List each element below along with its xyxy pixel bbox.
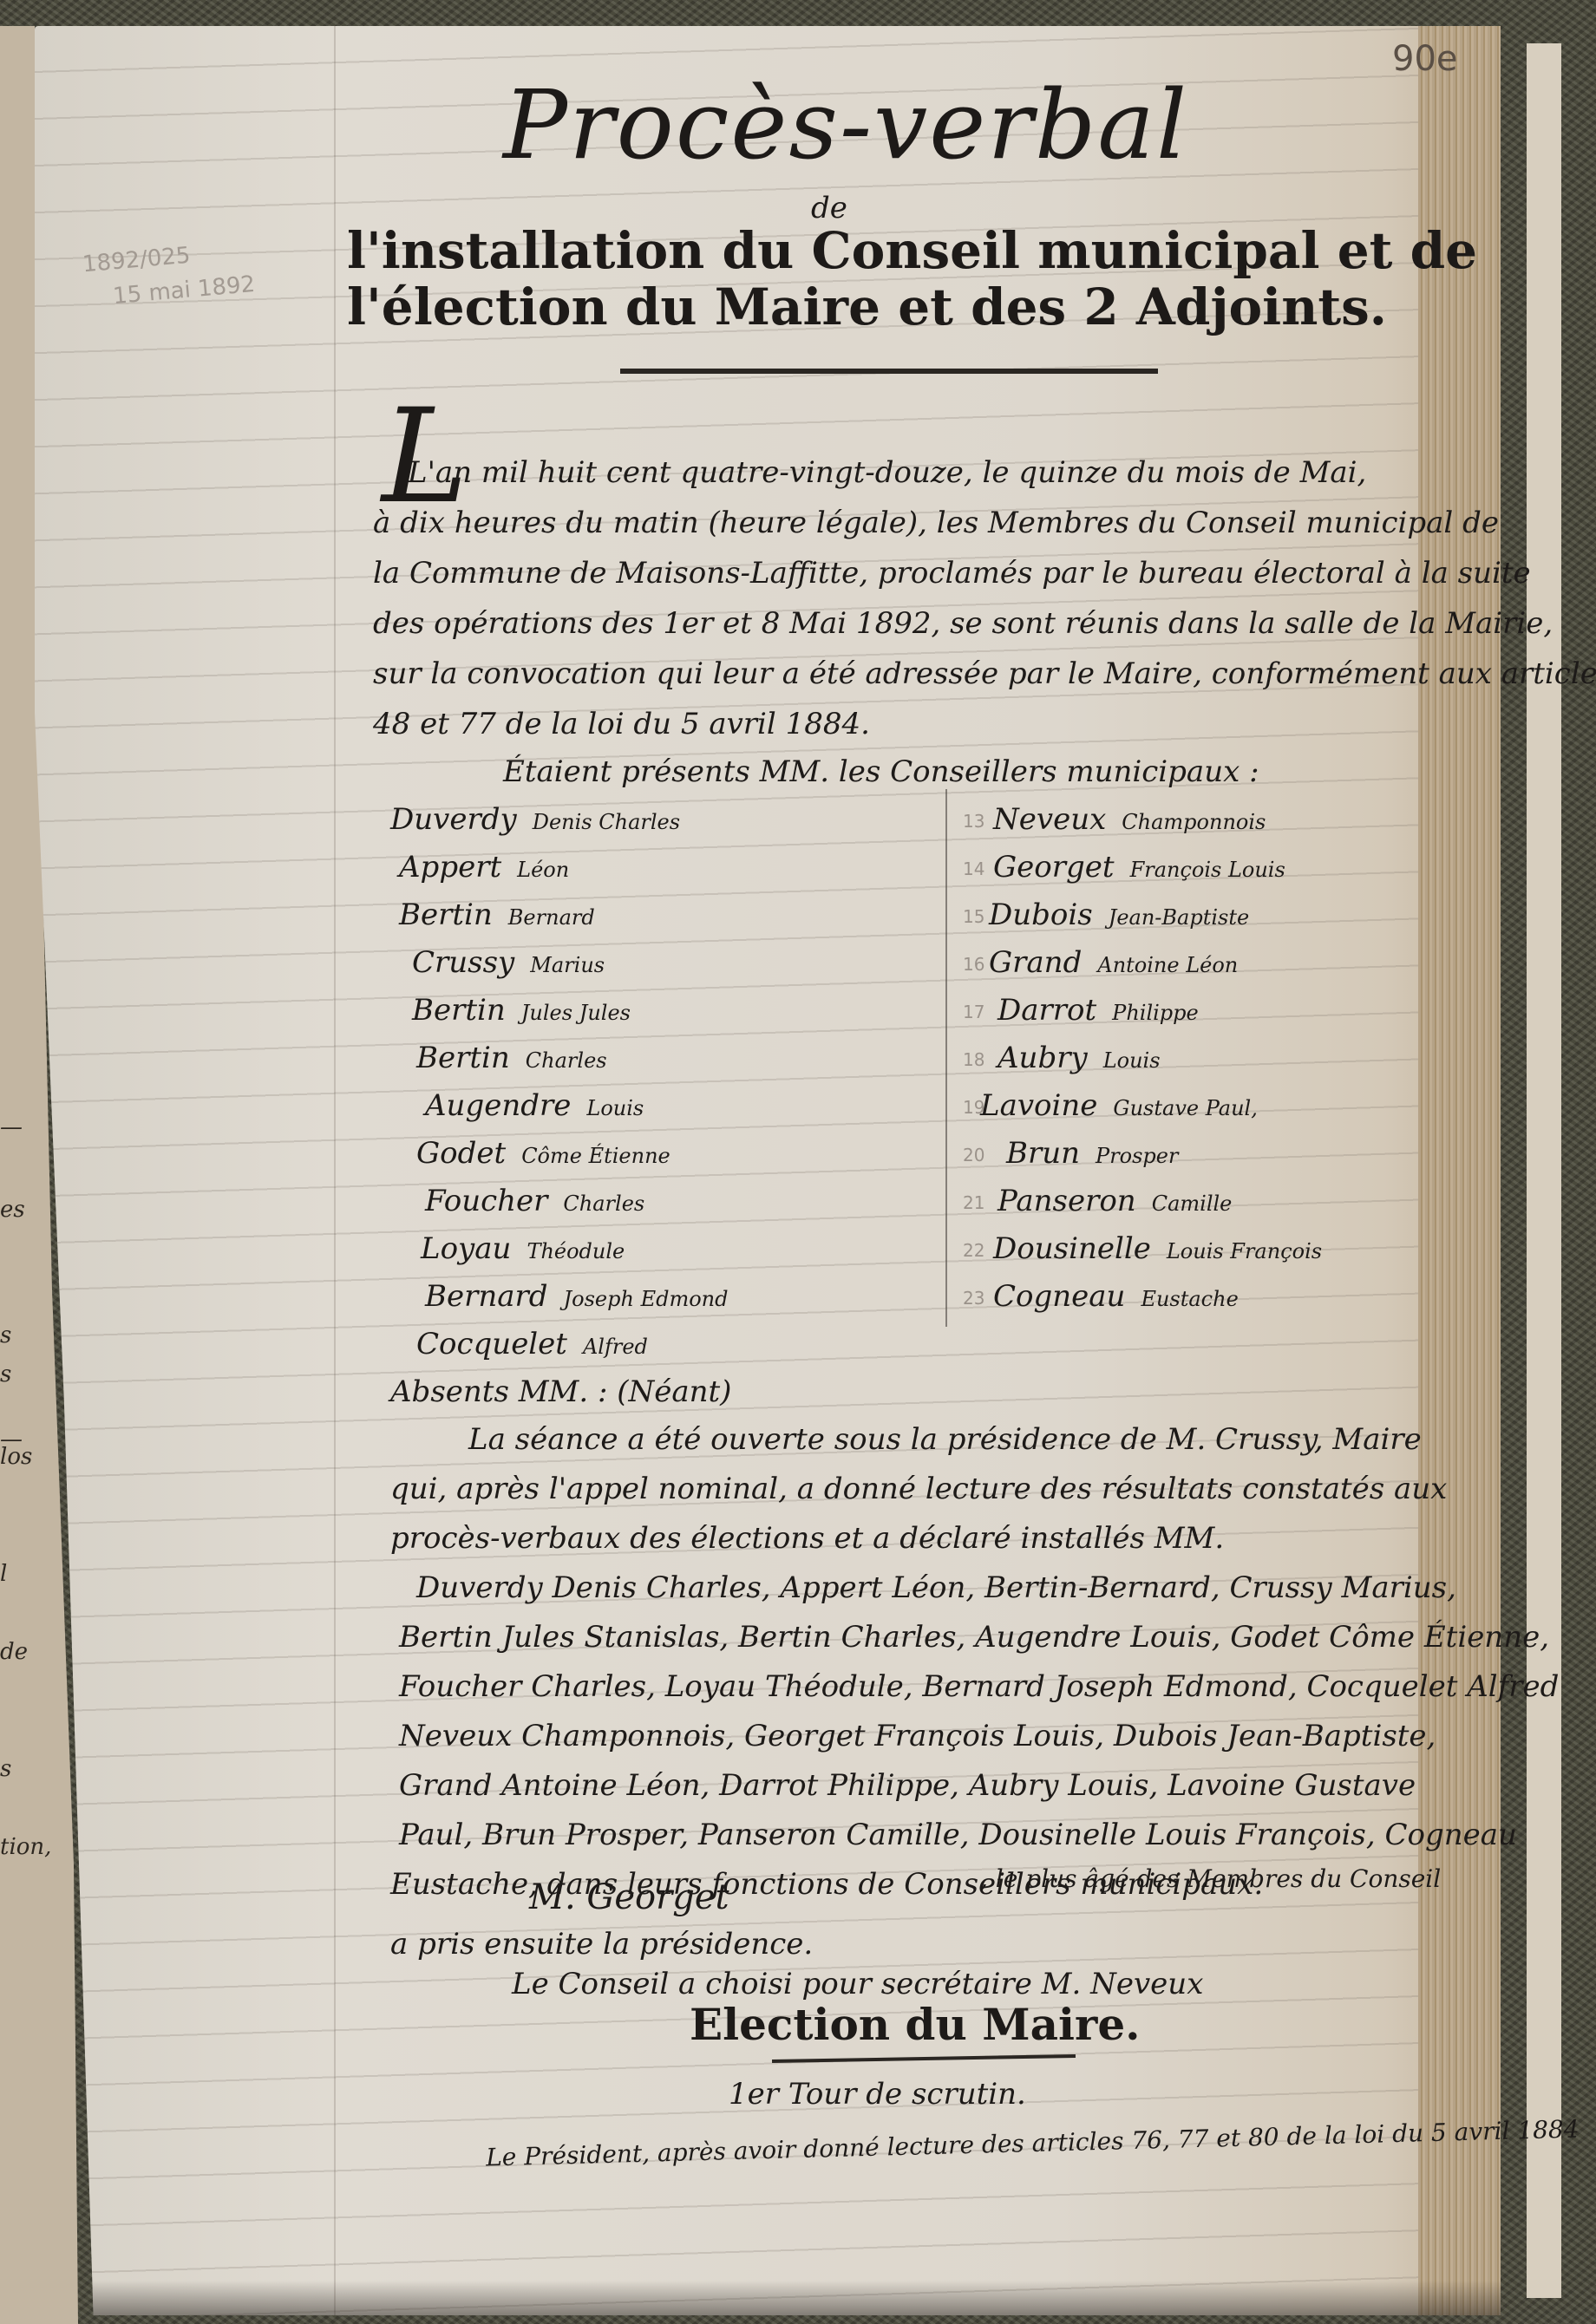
eldest-member-action: a pris ensuite la présidence. xyxy=(390,1927,813,1962)
councillor-entry: DuverdyDenis Charles xyxy=(390,802,680,837)
column-divider xyxy=(945,789,947,1327)
councillor-entry: GeorgetFrançois Louis xyxy=(993,850,1285,885)
councillor-entry: LavoineGustave Paul, xyxy=(980,1088,1258,1123)
councillor-entry: BernardJoseph Edmond xyxy=(425,1279,729,1314)
session-line: procès-verbaux des élections et a déclar… xyxy=(390,1521,1224,1556)
round-heading: 1er Tour de scrutin. xyxy=(729,2077,1026,2112)
session-line: Duverdy Denis Charles, Appert Léon, Bert… xyxy=(416,1570,1456,1605)
entry-index: 17 xyxy=(963,1002,984,1022)
councillor-entry: LoyauThéodule xyxy=(421,1231,625,1266)
session-line: La séance a été ouverte sous la présiden… xyxy=(468,1422,1422,1457)
title-connector: de xyxy=(811,191,847,225)
session-line: qui, après l'appel nominal, a donné lect… xyxy=(390,1472,1447,1506)
councillor-entry: DousinelleLouis François xyxy=(993,1231,1322,1266)
opening-line: des opérations des 1er et 8 Mai 1892, se… xyxy=(373,606,1553,641)
eldest-member-clause: , le plus âgé des Membres du Conseil xyxy=(980,1864,1441,1893)
opening-line: sur la convocation qui leur a été adress… xyxy=(373,656,1596,691)
councillor-entry: BertinJules Jules xyxy=(412,993,631,1028)
session-line: Grand Antoine Léon, Darrot Philippe, Aub… xyxy=(399,1768,1416,1803)
councillor-entry: CocqueletAlfred xyxy=(416,1327,648,1361)
prev-page-fragment: los xyxy=(0,1444,32,1470)
entry-index: 23 xyxy=(963,1288,984,1309)
councillor-entry: AppertLéon xyxy=(399,850,569,885)
prev-page-fragment: s xyxy=(0,1361,11,1387)
prev-page-fragment: s xyxy=(0,1756,11,1782)
session-line: Neveux Champonnois, Georget François Lou… xyxy=(399,1719,1436,1753)
absent-line: Absents MM. : (Néant) xyxy=(390,1374,731,1409)
page-number: 90e xyxy=(1392,39,1458,79)
session-line: Bertin Jules Stanislas, Bertin Charles, … xyxy=(399,1620,1549,1655)
councillor-entry: FoucherCharles xyxy=(425,1184,644,1218)
councillor-entry: NeveuxChamponnois xyxy=(993,802,1266,837)
session-line: Paul, Brun Prosper, Panseron Camille, Do… xyxy=(399,1818,1517,1852)
document-title: Procès-verbal xyxy=(503,69,1188,180)
prev-page-fragment: s xyxy=(0,1322,11,1348)
opening-line: L'an mil huit cent quatre-vingt-douze, l… xyxy=(408,455,1366,490)
next-pages-edge xyxy=(1527,43,1561,2298)
entry-index: 16 xyxy=(963,954,984,975)
opening-line: 48 et 77 de la loi du 5 avril 1884. xyxy=(373,707,870,741)
present-heading: Étaient présents MM. les Conseillers mun… xyxy=(503,754,1259,789)
entry-index: 14 xyxy=(963,858,984,879)
councillor-entry: GodetCôme Étienne xyxy=(416,1136,670,1171)
councillor-entry: PanseronCamille xyxy=(997,1184,1232,1218)
councillor-entry: GrandAntoine Léon xyxy=(989,945,1238,980)
councillor-entry: AugendreLouis xyxy=(425,1088,644,1123)
bottom-shadow xyxy=(35,2281,1501,2315)
title-line-1: l'installation du Conseil municipal et d… xyxy=(347,221,1477,280)
councillor-entry: BertinBernard xyxy=(399,898,595,932)
page-block-edge xyxy=(1418,26,1501,2315)
section-heading-mayor-election: Election du Maire. xyxy=(690,1999,1141,2050)
entry-index: 20 xyxy=(963,1145,984,1165)
secretary-line: Le Conseil a choisi pour secrétaire M. N… xyxy=(512,1967,1203,2001)
councillor-entry: DuboisJean-Baptiste xyxy=(989,898,1249,932)
prev-page-fragment: de xyxy=(0,1639,28,1665)
councillor-entry: CrussyMarius xyxy=(412,945,605,980)
councillor-entry: DarrotPhilippe xyxy=(997,993,1199,1028)
entry-index: 18 xyxy=(963,1049,984,1070)
councillor-entry: CogneauEustache xyxy=(993,1279,1239,1314)
opening-line: la Commune de Maisons-Laffitte, proclamé… xyxy=(373,556,1531,591)
prev-page-fragment: — xyxy=(0,1114,23,1140)
prev-page-fragment: es xyxy=(0,1197,25,1223)
prev-page-fragment: tion, xyxy=(0,1834,51,1860)
opening-line: à dix heures du matin (heure légale), le… xyxy=(373,506,1499,540)
councillor-entry: AubryLouis xyxy=(997,1041,1161,1075)
entry-index: 21 xyxy=(963,1192,984,1213)
entry-index: 15 xyxy=(963,906,984,927)
councillor-entry: BertinCharles xyxy=(416,1041,607,1075)
entry-index: 13 xyxy=(963,811,984,832)
councillor-entry: BrunProsper xyxy=(1006,1136,1178,1171)
eldest-member-name: M. Georget xyxy=(529,1877,729,1917)
title-underline xyxy=(620,369,1158,374)
entry-index: 22 xyxy=(963,1240,984,1261)
session-line: Foucher Charles, Loyau Théodule, Bernard… xyxy=(399,1669,1559,1704)
title-line-2: l'élection du Maire et des 2 Adjoints. xyxy=(347,277,1387,336)
prev-page-fragment: l xyxy=(0,1561,7,1587)
margin-line xyxy=(334,26,336,2315)
